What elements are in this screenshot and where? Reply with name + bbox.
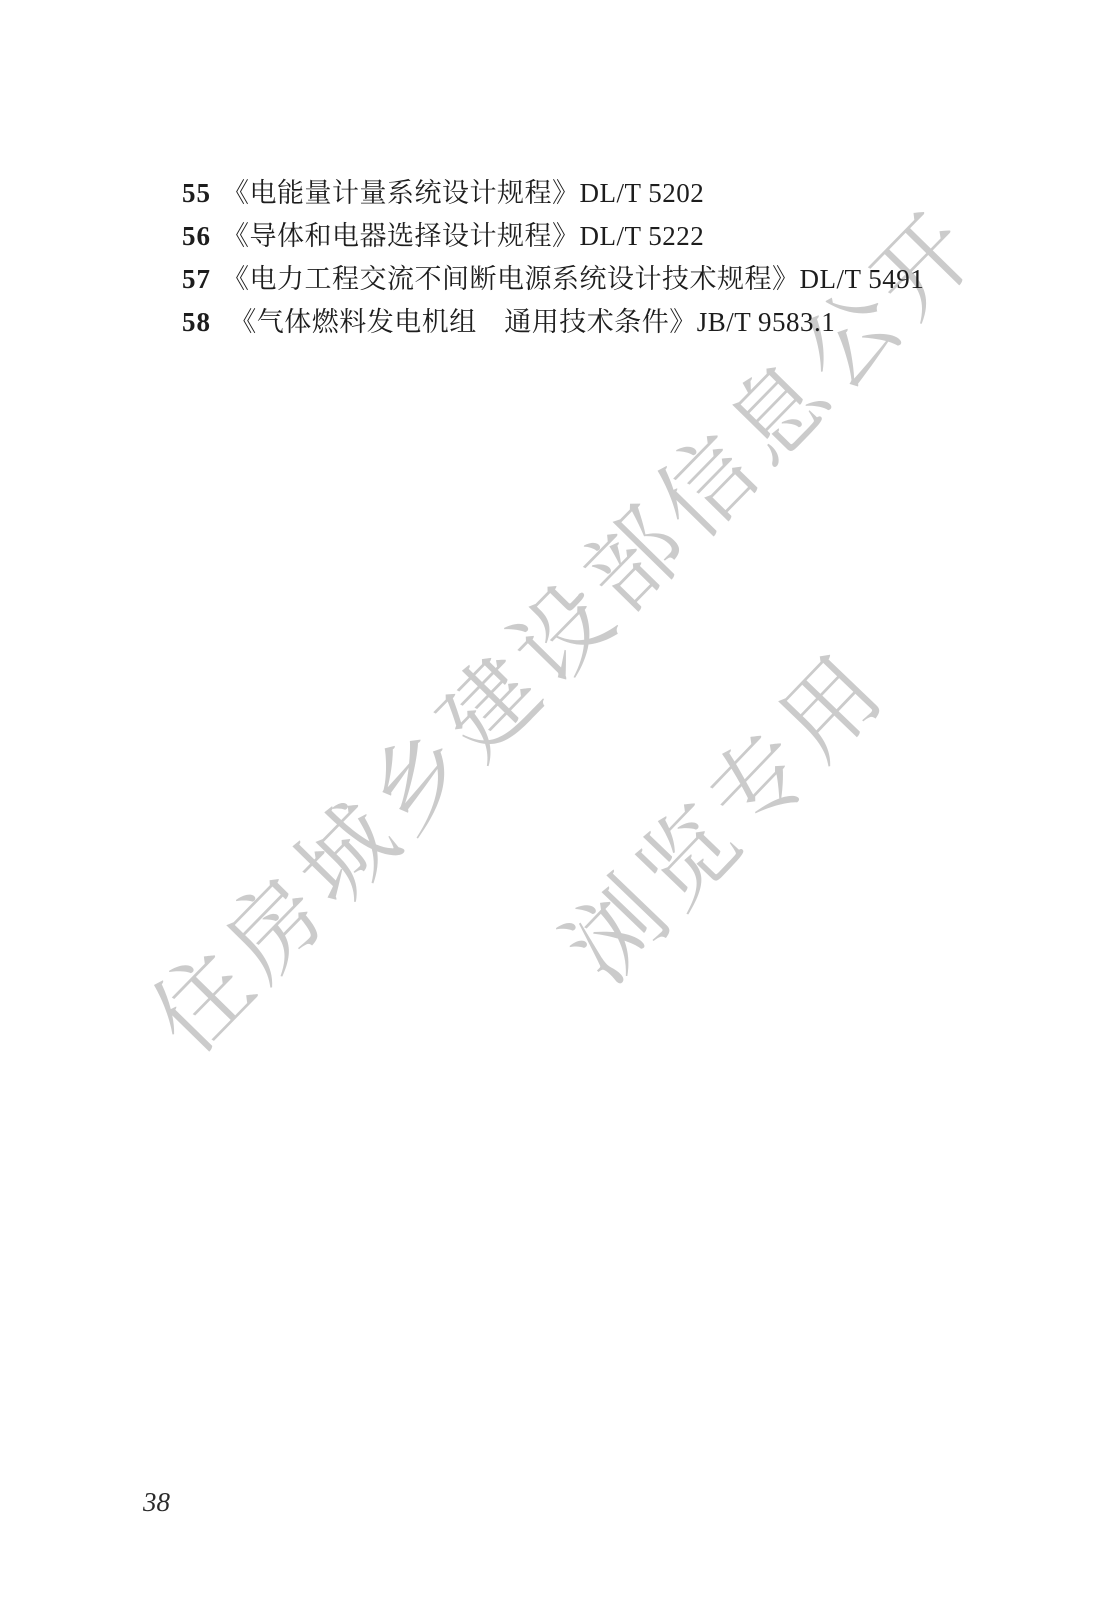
reference-list-item: 57 《电力工程交流不间断电源系统设计技术规程》DL/T 5491 — [182, 265, 1043, 293]
item-text: 《导体和电器选择设计规程》DL/T 5222 — [222, 222, 704, 250]
reference-list-item: 55 《电能量计量系统设计规程》DL/T 5202 — [182, 179, 1043, 207]
item-number: 56 — [182, 222, 222, 250]
item-text: 《电能量计量系统设计规程》DL/T 5202 — [222, 179, 704, 207]
item-number: 58 — [182, 308, 222, 336]
document-page: 住房城乡建设部信息公开 浏览专用 55 《电能量计量系统设计规程》DL/T 52… — [0, 0, 1103, 1597]
item-text: 《气体燃料发电机组 通用技术条件》JB/T 9583.1 — [222, 308, 835, 336]
reference-list: 55 《电能量计量系统设计规程》DL/T 5202 56 《导体和电器选择设计规… — [182, 179, 1043, 351]
reference-list-item: 56 《导体和电器选择设计规程》DL/T 5222 — [182, 222, 1043, 250]
item-number: 55 — [182, 179, 222, 207]
reference-list-item: 58 《气体燃料发电机组 通用技术条件》JB/T 9583.1 — [182, 308, 1043, 336]
page-number: 38 — [143, 1487, 170, 1518]
item-text: 《电力工程交流不间断电源系统设计技术规程》DL/T 5491 — [222, 265, 924, 293]
item-number: 57 — [182, 265, 222, 293]
watermark-line-2: 浏览专用 — [530, 616, 913, 1007]
